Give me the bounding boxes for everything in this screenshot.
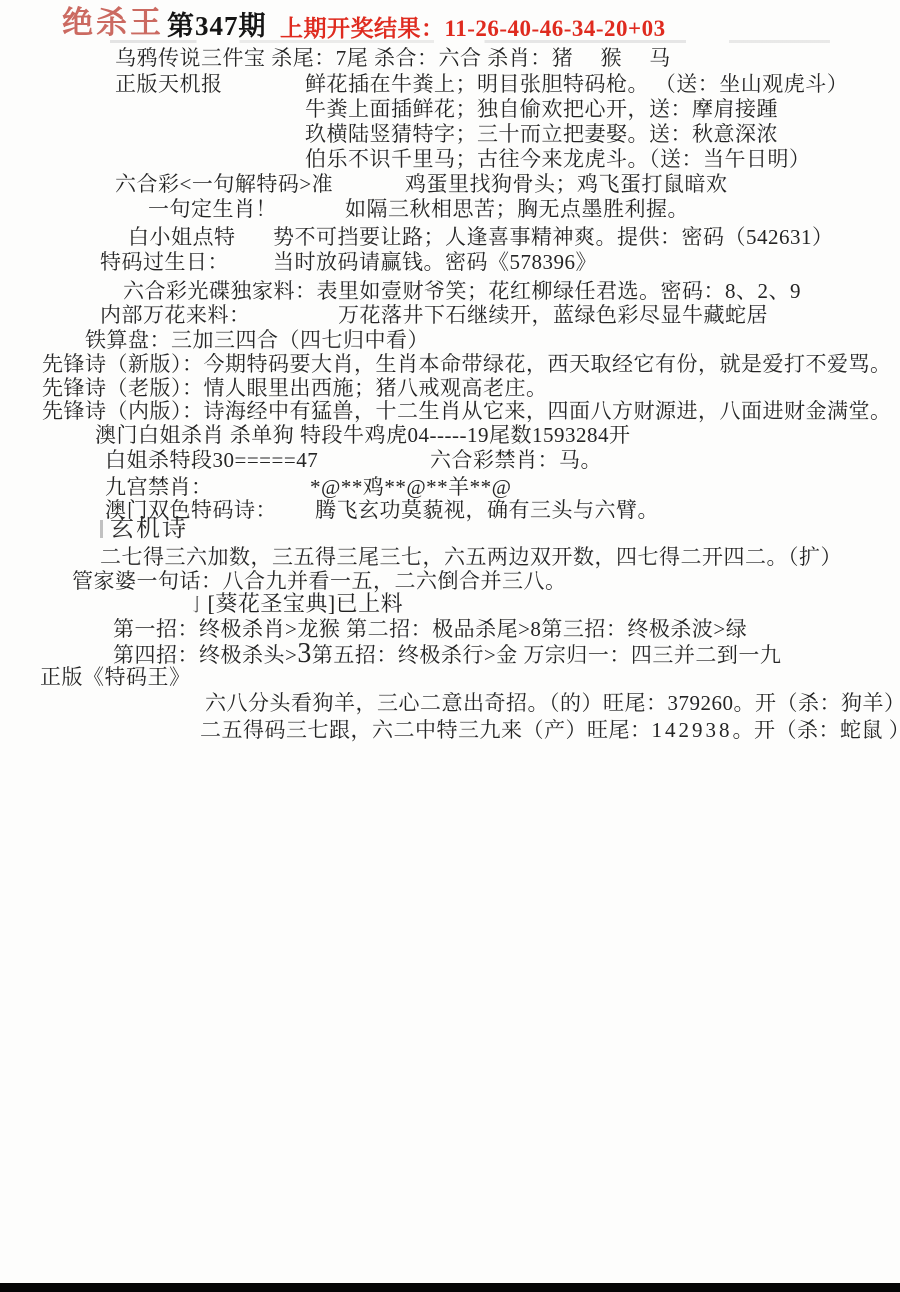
birthday-content: 当时放码请赢钱。密码《578396》 — [273, 251, 597, 274]
tail-verse-2-end: 。开（杀：蛇鼠 ） — [733, 718, 900, 742]
last-draw-result: 上期开奖结果：11-26-40-46-34-20+03 — [280, 16, 666, 41]
sunflower-treasure-text: [葵花圣宝典]已上料 — [208, 591, 404, 616]
pioneer-poem-old: 先锋诗（老版）：情人眼里出西施；猪八戒观高老庄。 — [42, 377, 548, 400]
miss-bai-content: 势不可挡要让路；人逢喜事精神爽。提供：密码（542631） — [273, 226, 834, 249]
internal-material-label: 内部万花来料： — [100, 304, 251, 327]
macau-bai-kill-line: 澳门白姐杀肖 杀单狗 特段牛鸡虎04-----19尾数1593284开 — [95, 424, 630, 447]
lottery-tip-sheet-page: 绝杀王 第347期 上期开奖结果：11-26-40-46-34-20+03 乌鸦… — [0, 0, 900, 1292]
zodiac-phrase-content: 如隔三秋相思苦；胸无点墨胜利握。 — [345, 198, 689, 221]
tianji-line-3: 玖横陆竖猜特字；三十而立把妻娶。送：秋意深浓 — [305, 123, 778, 146]
tail-verse-2-number: 142938 — [652, 718, 733, 742]
crow-legend-line: 乌鸦传说三件宝 杀尾：7尾 杀合：六合 杀肖：猪 猴 马 — [115, 47, 671, 70]
tianji-report-label: 正版天机报 — [115, 73, 223, 96]
forbidden-zodiac-content: 六合彩禁肖：马。 — [430, 449, 602, 472]
pioneer-poem-new: 先锋诗（新版）：今期特码要大肖，生肖本命带绿花，西天取经它有份，就是爱打不爱骂。 — [42, 353, 892, 376]
special-code-king-title: 正版《特码王》 — [40, 666, 191, 689]
disc-exclusive-line: 六合彩光碟独家料：表里如壹财爷笑；花红柳绿任君选。密码：8、2、9 — [123, 280, 801, 303]
scan-edge-bar — [0, 1283, 900, 1292]
birthday-label: 特码过生日： — [100, 251, 229, 274]
tail-verse-2: 二五得码三七跟，六二中特三九来（产）旺尾：142938。开（杀：蛇鼠 ） — [200, 719, 900, 742]
scan-artifact-line — [110, 40, 830, 43]
internal-material-content: 万花落井下石继续开，蓝绿色彩尽显牛藏蛇居 — [338, 304, 768, 327]
sheet-brand-title: 绝杀王 — [62, 6, 164, 40]
trick-line-2-end: 第五招：终极杀行>金 万宗归一：四三并二到一九 — [312, 643, 782, 667]
stray-mark: 亅 — [188, 595, 207, 615]
tianji-line-1: 鲜花插在牛粪上；明目张胆特码枪。 （送：坐山观虎斗） — [305, 73, 848, 96]
one-phrase-label: 六合彩<一句解特码>准 — [115, 173, 333, 196]
scan-artifact-mark — [100, 520, 103, 538]
miss-bai-label: 白小姐点特 — [128, 226, 236, 249]
double-color-poem-content: 腾飞玄功莫藐视，确有三头与六臂。 — [315, 499, 659, 522]
tail-verse-1: 六八分头看狗羊，三心二意出奇招。（的）旺尾：379260。开（杀：狗羊） — [205, 692, 900, 715]
one-phrase-content: 鸡蛋里找狗骨头；鸡飞蛋打鼠暗欢 — [405, 173, 728, 196]
mystery-poem-title: 玄机诗 — [110, 516, 188, 542]
trick-line-2-start: 第四招：终极杀头> — [113, 643, 297, 667]
trick-line-2-big-number: 3 — [297, 638, 312, 669]
pioneer-poem-inner: 先锋诗（内版）：诗海经中有猛兽，十二生肖从它来，四面八方财源进，八面进财金满堂。 — [42, 400, 892, 423]
housekeeper-phrase-line: 管家婆一句话：八合九并看一五，二六倒合并三八。 — [72, 570, 567, 593]
iron-abacus-line: 铁算盘：三加三四合（四七归中看） — [85, 329, 429, 352]
tail-verse-2-start: 二五得码三七跟，六二中特三九来（产）旺尾： — [200, 718, 652, 742]
sunflower-treasure-line: 亅[葵花圣宝典]已上料 — [188, 592, 403, 616]
tianji-line-2: 牛粪上面插鲜花；独自偷欢把心开，送：摩肩接踵 — [305, 98, 778, 121]
zodiac-phrase-label: 一句定生肖！ — [148, 198, 277, 221]
tianji-line-4: 伯乐不识千里马；古往今来龙虎斗。（送：当午日明） — [305, 148, 811, 171]
bai-kill-segment-label: 白姐杀特段30=====47 — [105, 449, 318, 472]
nine-palace-content: *@**鸡**@**羊**@ — [310, 476, 512, 499]
mystery-poem-content: 二七得三六加数，三五得三尾三七，六五两边双开数，四七得二开四二。（扩） — [100, 546, 842, 569]
trick-line-1: 第一招：终极杀肖>龙猴 第二招：极品杀尾>8第三招：终极杀波>绿 — [113, 618, 747, 641]
trick-line-2: 第四招：终极杀头>3第五招：终极杀行>金 万宗归一：四三并二到一九 — [113, 643, 781, 667]
issue-number: 第347期 — [167, 12, 267, 42]
nine-palace-label: 九宫禁肖： — [105, 476, 213, 499]
